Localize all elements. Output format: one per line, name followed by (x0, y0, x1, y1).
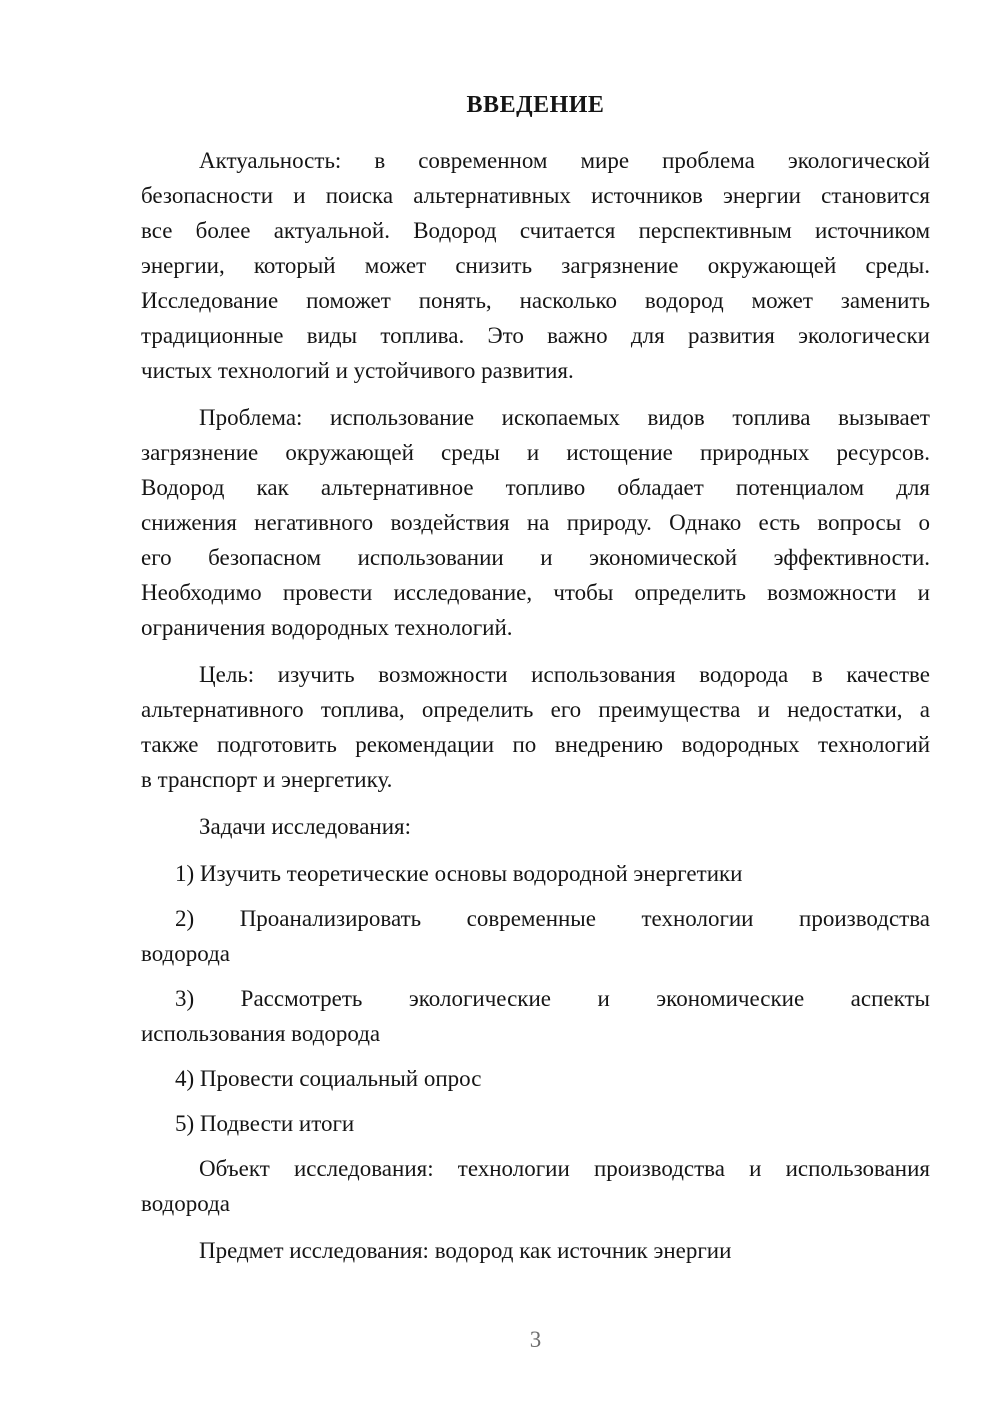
task-item-2-line-2: водорода (141, 936, 930, 971)
paragraph-obyekt: Объект исследования: технологии производ… (141, 1151, 930, 1221)
document-body: Актуальность: в современном мире проблем… (141, 143, 930, 1268)
paragraph-problema: Проблема: использование ископаемых видов… (141, 400, 930, 645)
paragraph-predmet: Предмет исследования: водород как источн… (141, 1233, 930, 1268)
task-item-3: 3) Рассмотреть экологические и экономиче… (141, 981, 930, 1051)
paragraph-aktualnost-line-2: безопасности и поиска альтернативных ист… (141, 178, 930, 213)
task-item-1-line-1: 1) Изучить теоретические основы водородн… (141, 856, 930, 891)
task-item-4: 4) Провести социальный опрос (141, 1061, 930, 1096)
paragraph-aktualnost-line-6: традиционные виды топлива. Это важно для… (141, 318, 930, 353)
document-content: ВВЕДЕНИЕ Актуальность: в современном мир… (141, 88, 930, 1280)
task-item-2: 2) Проанализировать современные технолог… (141, 901, 930, 971)
task-item-3-line-1: 3) Рассмотреть экологические и экономиче… (141, 981, 930, 1016)
paragraph-tsel-line-4: в транспорт и энергетику. (141, 762, 930, 797)
paragraph-zadachi-header-line-1: Задачи исследования: (141, 809, 930, 844)
task-item-2-line-1: 2) Проанализировать современные технолог… (141, 901, 930, 936)
task-item-5: 5) Подвести итоги (141, 1106, 930, 1141)
paragraph-aktualnost-line-3: все более актуальной. Водород считается … (141, 213, 930, 248)
task-item-5-line-1: 5) Подвести итоги (141, 1106, 930, 1141)
task-item-3-line-2: использования водорода (141, 1016, 930, 1051)
paragraph-tsel: Цель: изучить возможности использования … (141, 657, 930, 797)
paragraph-tsel-line-3: также подготовить рекомендации по внедре… (141, 727, 930, 762)
paragraph-problema-line-3: Водород как альтернативное топливо облад… (141, 470, 930, 505)
paragraph-obyekt-line-1: Объект исследования: технологии производ… (141, 1151, 930, 1186)
paragraph-obyekt-line-2: водорода (141, 1186, 930, 1221)
paragraph-aktualnost-line-7: чистых технологий и устойчивого развития… (141, 353, 930, 388)
task-item-1: 1) Изучить теоретические основы водородн… (141, 856, 930, 891)
paragraph-predmet-line-1: Предмет исследования: водород как источн… (141, 1233, 930, 1268)
paragraph-problema-line-2: загрязнение окружающей среды и истощение… (141, 435, 930, 470)
paragraph-problema-line-4: снижения негативного воздействия на прир… (141, 505, 930, 540)
page-number: 3 (141, 1322, 930, 1357)
task-item-4-line-1: 4) Провести социальный опрос (141, 1061, 930, 1096)
paragraph-tsel-line-1: Цель: изучить возможности использования … (141, 657, 930, 692)
paragraph-problema-line-5: его безопасном использовании и экономиче… (141, 540, 930, 575)
section-title: ВВЕДЕНИЕ (141, 88, 930, 123)
paragraph-problema-line-6: Необходимо провести исследование, чтобы … (141, 575, 930, 610)
paragraph-aktualnost-line-1: Актуальность: в современном мире проблем… (141, 143, 930, 178)
paragraph-tsel-line-2: альтернативного топлива, определить его … (141, 692, 930, 727)
paragraph-problema-line-1: Проблема: использование ископаемых видов… (141, 400, 930, 435)
paragraph-aktualnost-line-5: Исследование поможет понять, насколько в… (141, 283, 930, 318)
paragraph-aktualnost: Актуальность: в современном мире проблем… (141, 143, 930, 388)
document-page: ВВЕДЕНИЕ Актуальность: в современном мир… (0, 0, 1000, 1414)
paragraph-problema-line-7: ограничения водородных технологий. (141, 610, 930, 645)
paragraph-aktualnost-line-4: энергии, который может снизить загрязнен… (141, 248, 930, 283)
paragraph-zadachi-header: Задачи исследования: (141, 809, 930, 844)
